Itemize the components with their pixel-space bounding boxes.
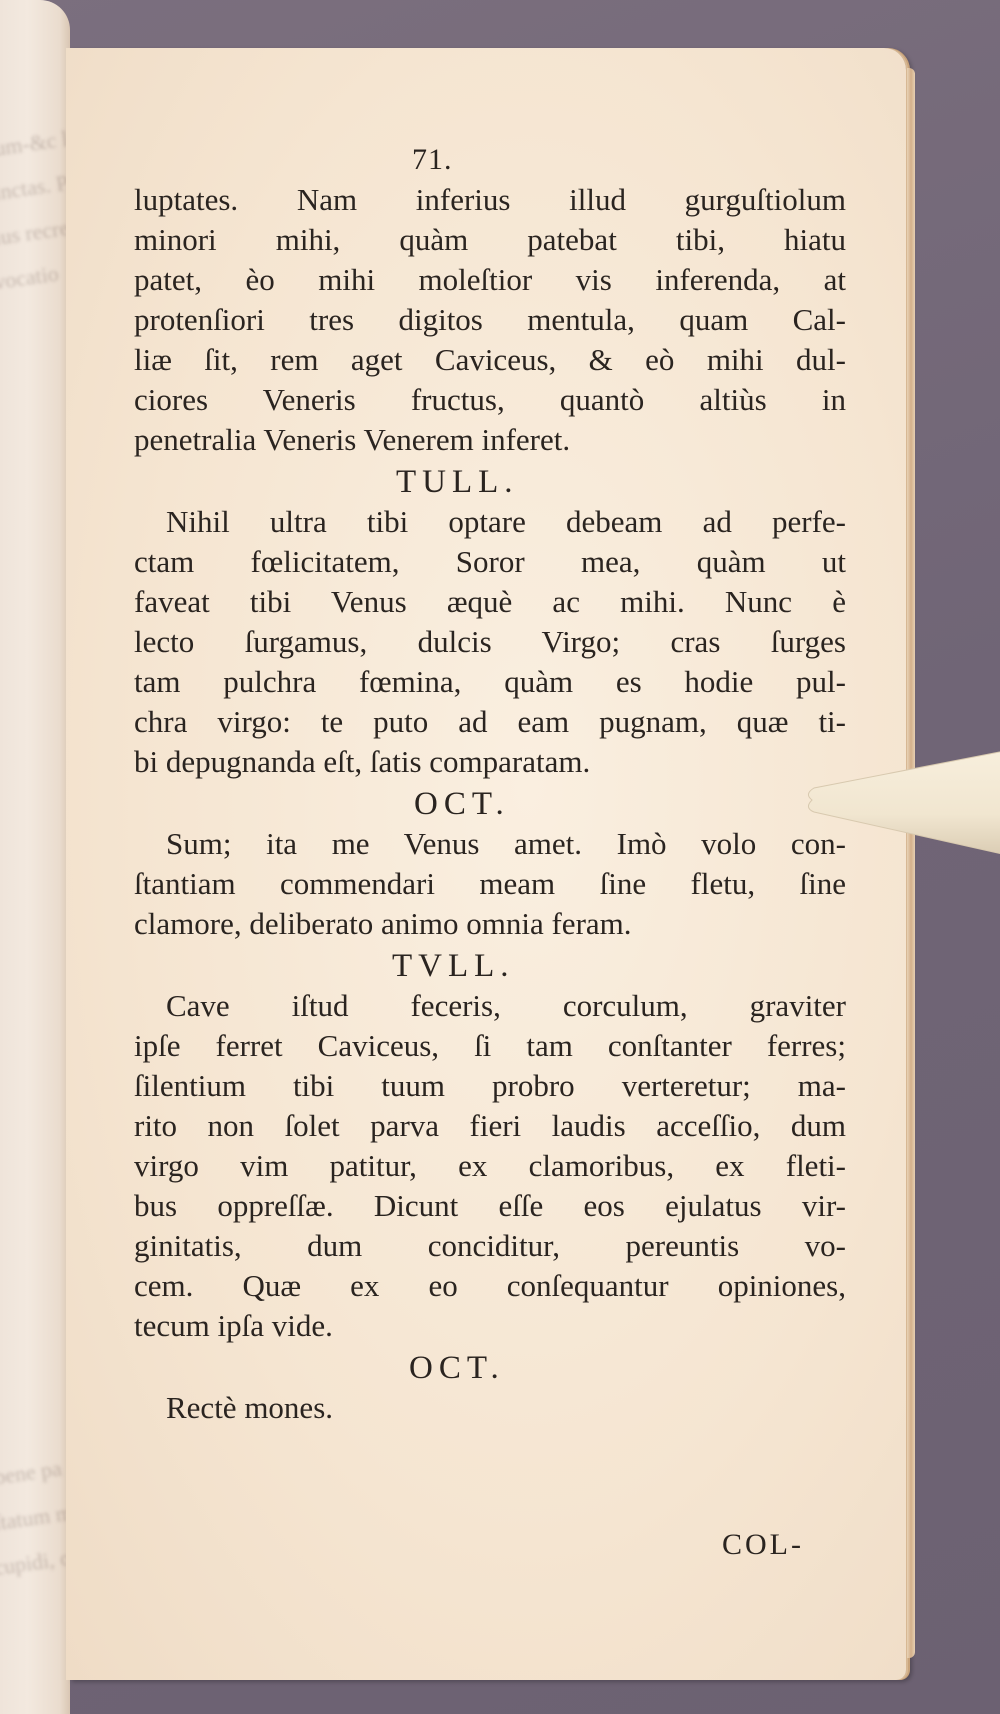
page-holder-clip	[800, 748, 1000, 858]
facing-page-text: um-&c lo	[0, 124, 70, 162]
text-line: penetralia Veneris Venerem inferet.	[134, 420, 846, 460]
facing-page-text: cupidi, o	[0, 1545, 70, 1581]
book-page: 71. luptates. Nam inferius illud gurguſt…	[66, 48, 906, 1680]
facing-page-text: vocatio	[0, 261, 60, 296]
text-line: minori mihi, quàm patebat tibi, hiatu	[134, 220, 846, 260]
text-line: lecto ſurgamus, dulcis Virgo; cras ſurge…	[134, 622, 846, 662]
text-line: ctam fœlicitatem, Soror mea, quàm ut	[134, 542, 846, 582]
text-line: ipſe ferret Caviceus, ſi tam conſtanter …	[134, 1026, 846, 1066]
text-line: clamore, deliberato animo omnia feram.	[134, 904, 846, 944]
text-line: bi depugnanda eſt, ſatis comparatam.	[134, 742, 846, 782]
text-line: patet, èo mihi moleſtior vis inferenda, …	[134, 260, 846, 300]
speaker-heading: OCT.	[409, 1348, 505, 1388]
text-line: Cave iſtud feceris, corculum, graviter	[134, 986, 846, 1026]
text-line: tam pulchra fœmina, quàm es hodie pul-	[134, 662, 846, 702]
facing-page-text: ius recre	[0, 215, 70, 251]
facing-page-text: bene pa	[0, 1455, 63, 1490]
text-line: Rectè mones.	[134, 1388, 846, 1428]
text-line: chra virgo: te puto ad eam pugnam, quæ t…	[134, 702, 846, 742]
page-edge	[907, 68, 915, 1658]
text-line: ciores Veneris fructus, quantò altiùs in	[134, 380, 846, 420]
text-line: ginitatis, dum conciditur, pereuntis vo-	[134, 1226, 846, 1266]
text-line: Sum; ita me Venus amet. Imò volo con-	[134, 824, 846, 864]
text-line: virgo vim patitur, ex clamoribus, ex fle…	[134, 1146, 846, 1186]
facing-page-text: inctas. P	[0, 170, 70, 206]
speaker-heading: OCT.	[414, 784, 510, 824]
speaker-heading: TULL.	[396, 462, 519, 502]
text-line: ſilentium tibi tuum probro verteretur; m…	[134, 1066, 846, 1106]
text-line: liæ ſit, rem aget Caviceus, & eò mihi du…	[134, 340, 846, 380]
text-line: faveat tibi Venus æquè ac mihi. Nunc è	[134, 582, 846, 622]
text-line: ſtantiam commendari meam ſine fletu, ſin…	[134, 864, 846, 904]
text-line: cem. Quæ ex eo conſequantur opiniones,	[134, 1266, 846, 1306]
text-line: bus oppreſſæ. Dicunt eſſe eos ejulatus v…	[134, 1186, 846, 1226]
facing-page-curl: um-&c lo inctas. P ius recre vocatio ben…	[0, 0, 70, 1714]
page-number: 71.	[412, 143, 453, 177]
speaker-heading: TVLL.	[392, 946, 515, 986]
text-line: tecum ipſa vide.	[134, 1306, 846, 1346]
text-line: rito non ſolet parva fieri laudis acceſſ…	[134, 1106, 846, 1146]
catchword: COL-	[722, 1528, 804, 1562]
text-line: protenſiori tres digitos mentula, quam C…	[134, 300, 846, 340]
facing-page-text: ſtatum m	[0, 1500, 70, 1537]
text-line: Nihil ultra tibi optare debeam ad perfe-	[134, 502, 846, 542]
text-line: luptates. Nam inferius illud gurguſtiolu…	[134, 180, 846, 220]
